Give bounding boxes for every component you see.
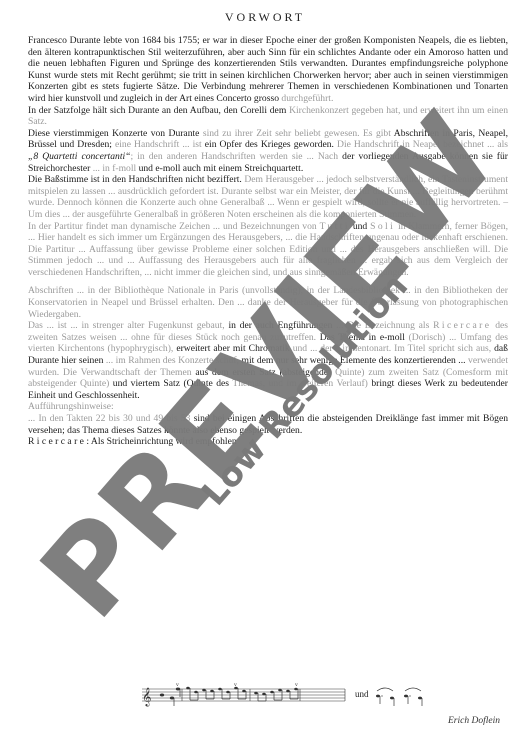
text-segment: In der Satzfolge hält sich Durante an de… [28, 105, 289, 116]
text-segment: ... Die Bezeichnung als [336, 320, 433, 331]
page-title: VORWORT [0, 10, 530, 25]
preface-body: Francesco Durante lebte von 1684 bis 175… [28, 35, 508, 448]
text-segment: durchgeführt. [281, 93, 333, 104]
text-segment: Aufführungshinweise: [28, 401, 114, 412]
text-segment: ... In den Takten 22 bis 30 und 49 bis 5… [28, 413, 194, 424]
paragraph: In der Partitur findet man dynamische Ze… [28, 221, 508, 279]
text-segment: ein Opfer des Krieges geworden. [205, 139, 337, 150]
text-segment: Diese vierstimmigen Konzerte von Durante [28, 128, 203, 139]
text-segment: in der auch Engführungen [228, 320, 336, 331]
text-segment: „8 Quartetti concertanti“ [28, 151, 130, 162]
text-segment: und ... der Kirchentonart. Im Titel spri… [293, 343, 494, 354]
svg-text:v: v [175, 682, 179, 688]
author-signature: Erich Doflein [448, 716, 500, 726]
text-segment: eine Handschrift ... ist [115, 139, 205, 150]
text-segment: Das ... ist ... in strenger alter Fugenk… [28, 320, 228, 331]
text-segment: Francesco Durante lebte von 1684 bis 175… [28, 35, 508, 104]
text-segment: sind zu ihrer Zeit sehr beliebt gewesen.… [203, 128, 394, 139]
text-segment: ... in f-moll [93, 163, 139, 174]
text-segment: Soli [370, 221, 395, 232]
text-segment: Die Handschrift in Neapel bezeichnet ...… [337, 139, 508, 150]
text-segment: ... im Rahmen des Konzerte schuf, [106, 355, 242, 366]
paragraph: Aufführungshinweise: [28, 401, 508, 413]
paragraph: Ricercare: Als Stricheinrichtung wird em… [28, 436, 508, 448]
text-segment: Ricercare [28, 436, 86, 447]
text-segment: und viertem Satz (Quinte des [113, 378, 233, 389]
text-segment: und e-moll auch mit einem Streichquartet… [139, 163, 304, 174]
text-segment: aus dem ersten Satz (absteigender [195, 367, 335, 378]
music-staff-icon: 𝄞 [140, 680, 350, 710]
text-segment: Die Baßstimme ist in den Handschriften n… [28, 174, 244, 185]
text-segment: Themas, und im weiteren Verlauf) [232, 378, 371, 389]
bowing-pattern-icon [372, 682, 432, 708]
paragraph: ... In den Takten 22 bis 30 und 49 bis 5… [28, 413, 508, 436]
music-connector-text: und [355, 689, 369, 699]
paragraph: Abschriften ... in der Bibliothèque Nati… [28, 285, 508, 320]
text-segment: erweitert aber mit Chromatik [176, 343, 292, 354]
paragraph: Die Baßstimme ist in den Handschriften n… [28, 174, 508, 220]
svg-text:𝄞: 𝄞 [142, 687, 151, 707]
text-segment: Abschriften ... in der Bibliothèque Nati… [28, 285, 508, 319]
text-segment: mit dem nur sehr wenige Elemente des kon… [242, 355, 469, 366]
paragraph: Diese vierstimmigen Konzerte von Durante… [28, 128, 508, 174]
paragraph: Francesco Durante lebte von 1684 bis 175… [28, 35, 508, 105]
text-segment: In der Partitur findet man dynamische Ze… [28, 221, 320, 232]
text-segment: Das Thema in e-moll [320, 332, 409, 343]
svg-text:v: v [233, 682, 237, 688]
paragraph: Das ... ist ... in strenger alter Fugenk… [28, 320, 508, 401]
text-segment: ; in den anderen Handschriften werden si… [130, 151, 342, 162]
paragraph: In der Satzfolge hält sich Durante an de… [28, 105, 508, 128]
svg-text:v: v [294, 682, 298, 688]
text-segment: Tutti [320, 221, 350, 232]
music-example: 𝄞 [140, 680, 440, 710]
text-segment: : Als Stricheinrichtung wird empfohlen [86, 436, 236, 447]
text-segment: und [353, 221, 370, 232]
text-segment: Ricercare [433, 320, 491, 331]
document-page: VORWORT Francesco Durante lebte von 1684… [0, 0, 530, 750]
